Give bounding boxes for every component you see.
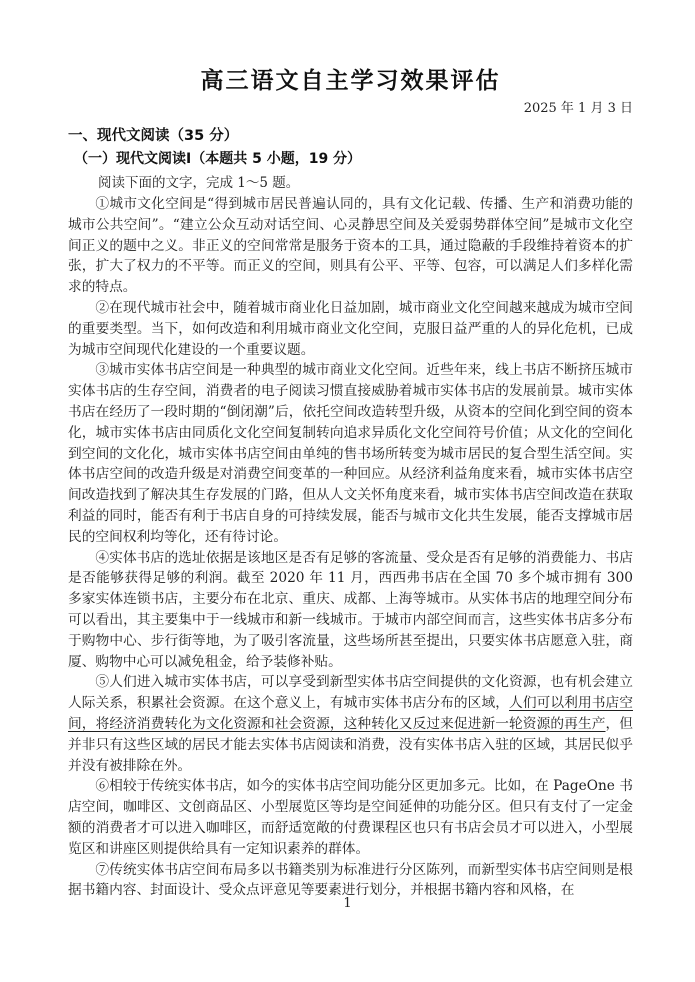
passage-paragraph-5: ⑤人们进入城市实体书店，可以享受到新型实体书店空间提供的文化资源，也有机会建立人… — [68, 672, 633, 776]
passage-paragraph-6: ⑥相较于传统实体书店，如今的实体书店空间功能分区更加多元。比如，在 PageOn… — [68, 776, 633, 859]
reading-instruction: 阅读下面的文字，完成 1～5 题。 — [68, 171, 633, 191]
passage-paragraph-7: ⑦传统实体书店空间布局多以书籍类别为标准进行分区陈列，而新型实体书店空间则是根据… — [68, 860, 633, 902]
subsection-heading-reading-1: （一）现代文阅读Ⅰ（本题共 5 小题，19 分） — [68, 148, 633, 168]
page-title: 高三语文自主学习效果评估 — [68, 62, 633, 95]
exam-date: 2025 年 1 月 3 日 — [68, 97, 633, 116]
page-number: 1 — [0, 896, 695, 911]
passage-paragraph-1: ①城市文化空间是“得到城市居民普遍认同的，具有文化记载、传播、生产和消费功能的城… — [68, 194, 633, 298]
passage-paragraph-3: ③城市实体书店空间是一种典型的城市商业文化空间。近些年来，线上书店不断挤压城市实… — [68, 360, 633, 547]
reading-passage: ①城市文化空间是“得到城市居民普遍认同的，具有文化记载、传播、生产和消费功能的城… — [68, 194, 633, 901]
passage-paragraph-4: ④实体书店的选址依据是该地区是否有足够的客流量、受众是否有足够的消费能力、书店是… — [68, 548, 633, 673]
exam-page: 高三语文自主学习效果评估 2025 年 1 月 3 日 一、现代文阅读（35 分… — [0, 0, 695, 982]
section-heading-modern-reading: 一、现代文阅读（35 分） — [68, 124, 633, 145]
passage-paragraph-2: ②在现代城市社会中，随着城市商业化日益加剧，城市商业文化空间越来越成为城市空间的… — [68, 298, 633, 360]
